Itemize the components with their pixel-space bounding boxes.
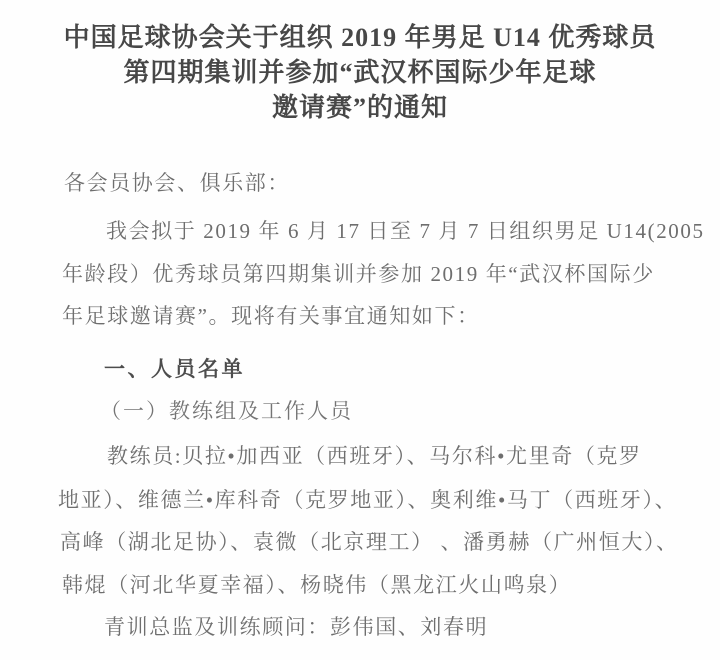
- subsection1-heading: （一）教练组及工作人员: [100, 398, 353, 424]
- document-title: 中国足球协会关于组织 2019 年男足 U14 优秀球员 第四期集训并参加“武汉…: [0, 20, 720, 125]
- title-line-3: 邀请赛”的通知: [0, 90, 720, 125]
- document-page: 中国足球协会关于组织 2019 年男足 U14 优秀球员 第四期集训并参加“武汉…: [0, 0, 720, 660]
- title-line-1: 中国足球协会关于组织 2019 年男足 U14 优秀球员: [0, 20, 720, 55]
- coach-list-line-3: 高峰（湖北足协）、袁微（北京理工） 、潘勇赫（广州恒大）、: [60, 529, 679, 555]
- coach-list-line-4: 韩焜（河北华夏幸福）、杨晓伟（黑龙江火山鸣泉）: [62, 572, 571, 598]
- section1-heading: 一、人员名单: [104, 357, 245, 383]
- coach-list-line-1: 教练员:贝拉•加西亚（西班牙）、马尔科•尤里奇（克罗: [107, 443, 642, 469]
- paragraph1-line-2: 年龄段）优秀球员第四期集训并参加 2019 年“武汉杯国际少: [62, 261, 655, 287]
- coach-list-line-2: 地亚）、维德兰•库科奇（克罗地亚）、奥利维•马丁（西班牙）、: [58, 487, 677, 513]
- title-line-2: 第四期集训并参加“武汉杯国际少年足球: [0, 55, 720, 90]
- advisor-line: 青训总监及训练顾问：彭伟国、刘春明: [104, 614, 488, 640]
- salutation-line: 各会员协会、俱乐部：: [64, 170, 290, 196]
- paragraph1-line-3: 年足球邀请赛”。现将有关事宜通知如下：: [62, 303, 480, 329]
- paragraph1-line-1: 我会拟于 2019 年 6 月 17 日至 7 月 7 日组织男足 U14(20…: [106, 218, 705, 244]
